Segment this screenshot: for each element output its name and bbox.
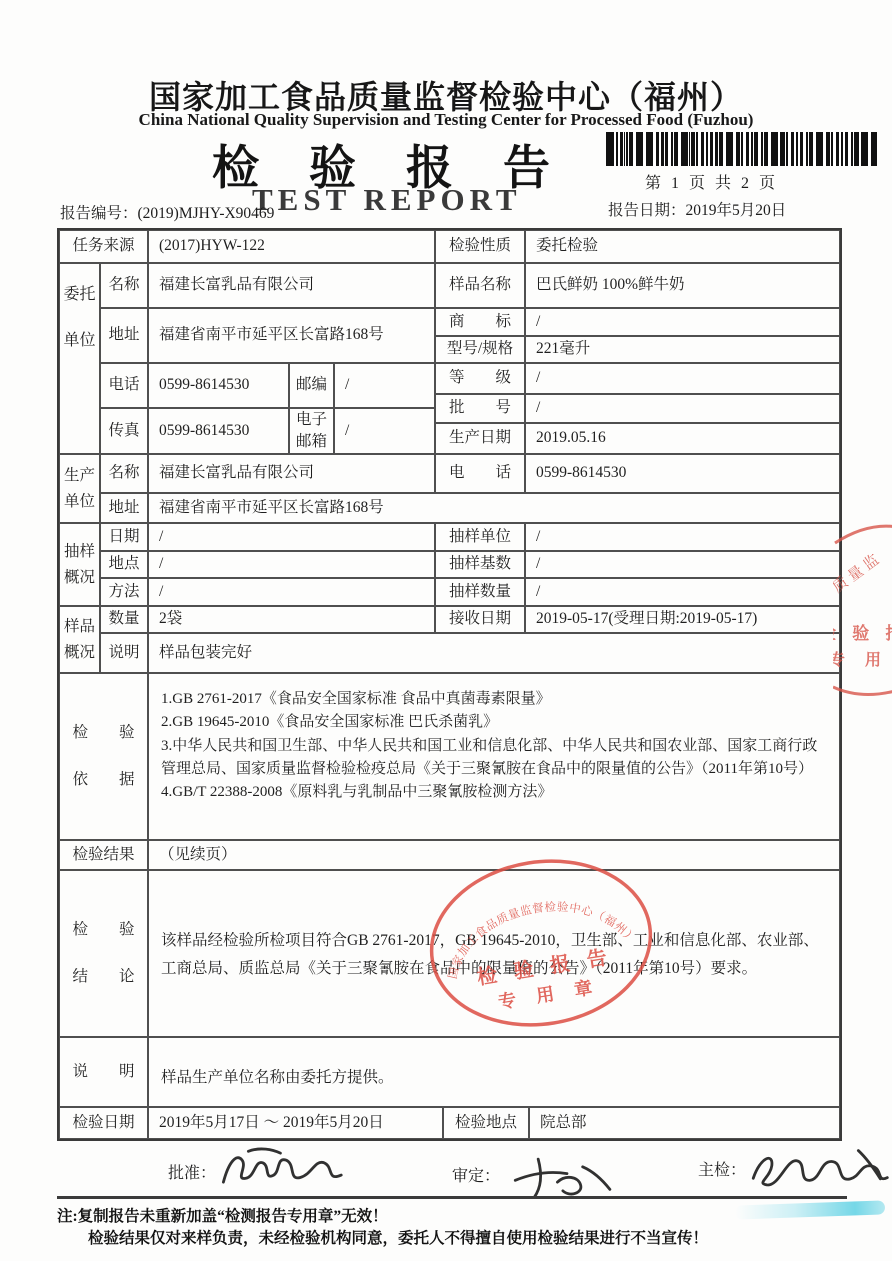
received-date-label: 接收日期 (435, 606, 525, 633)
report-title-en: TEST REPORT (252, 182, 522, 218)
basis-item: 3.中华人民共和国卫生部、中华人民共和国工业和信息化部、中华人民共和国农业部、国… (161, 735, 825, 782)
producer-address-label: 地址 (100, 493, 148, 523)
scan-smudge-artifact (735, 1200, 885, 1219)
sampling-group-label: 抽样概况 (59, 523, 100, 606)
basis-label-line1: 检 验 (72, 723, 134, 743)
sampling-method-value: / (148, 578, 435, 606)
test-date-value: 2019年5月17日 ～ 2019年5月20日 (148, 1107, 443, 1139)
basis-item: 1.GB 2761-2017《食品安全国家标准 食品中真菌毒素限量》 (161, 688, 825, 711)
client-email-label: 电子邮箱 (289, 408, 334, 454)
sampling-method-label: 方法 (100, 578, 148, 606)
producer-name-value: 福建长富乳品有限公司 (148, 454, 435, 493)
sample-overview-group-label-text: 样品概况 (63, 614, 97, 666)
sampling-qty-value: / (525, 578, 840, 606)
basis-item: 2.GB 19645-2010《食品安全国家标准 巴氏杀菌乳》 (161, 711, 825, 734)
page-indicator: 第 1 页 共 2 页 (645, 170, 778, 193)
sampling-place-value: / (148, 551, 435, 578)
sample-name-label: 样品名称 (435, 263, 525, 308)
test-place-label: 检验地点 (443, 1107, 529, 1139)
sampling-org-value: / (525, 523, 840, 551)
sampling-base-label: 抽样基数 (435, 551, 525, 578)
sample-brand-label: 商 标 (435, 308, 525, 336)
client-phone-label: 电话 (100, 363, 148, 408)
sample-overview-group-label: 样品概况 (59, 606, 100, 673)
chief-label: 主检： (698, 1157, 746, 1180)
edge-stamp-line2-fragment: 专 用 章 (833, 650, 892, 669)
test-nature-label: 检验性质 (435, 230, 525, 263)
footer-note-2: 检验结果仅对来样负责，未经检验机构同意，委托人不得擅自使用检验结果进行不当宣传！ (88, 1226, 708, 1248)
producer-group-label: 生产单位 (59, 454, 100, 523)
basis-item: 4.GB/T 22388-2008《原料乳与乳制品中三聚氰胺检测方法》 (161, 781, 825, 804)
sample-model-label: 型号/规格 (435, 336, 525, 363)
edge-seal-stamp: 质量监 检 验 报 告 专 用 章 (833, 505, 892, 720)
client-phone-value: 0599-8614530 (148, 363, 289, 408)
sample-qty-label: 数量 (100, 606, 148, 633)
review-label: 审定： (452, 1163, 500, 1186)
basis-label: 检 验 依 据 (59, 673, 148, 840)
approve-signature (214, 1140, 356, 1200)
sample-note-label: 说明 (100, 633, 148, 673)
basis-label-line2: 依 据 (72, 770, 134, 790)
sample-qty-value: 2袋 (148, 606, 435, 633)
producer-phone-value: 0599-8614530 (525, 454, 840, 493)
chief-signature (742, 1137, 892, 1202)
sample-model-value: 221毫升 (525, 336, 840, 363)
task-source-label: 任务来源 (59, 230, 148, 263)
client-address-value: 福建省南平市延平区长富路168号 (148, 308, 435, 363)
conclusion-label-line2: 结 论 (72, 967, 134, 987)
official-seal-stamp: 国家加工食品质量监督检验中心（福州） 检 验 报 告 专 用 章 (423, 852, 659, 1034)
client-fax-label: 传真 (100, 408, 148, 454)
sampling-group-label-text: 抽样概况 (63, 539, 97, 591)
sample-batch-label: 批 号 (435, 394, 525, 423)
center-name-en: China National Quality Supervision and T… (0, 110, 892, 130)
sampling-date-label: 日期 (100, 523, 148, 551)
sampling-base-value: / (525, 551, 840, 578)
test-nature-value: 委托检验 (525, 230, 840, 263)
sample-batch-value: / (525, 394, 840, 423)
client-zip-value: / (334, 363, 435, 408)
production-date-label: 生产日期 (435, 423, 525, 454)
test-report-page: 国家加工食品质量监督检验中心（福州） China National Qualit… (0, 0, 892, 1261)
sample-note-value: 样品包装完好 (148, 633, 840, 673)
report-date-value: 2019年5月20日 (686, 202, 787, 219)
edge-stamp-arc-fragment: 质量监 (833, 549, 885, 596)
sampling-qty-label: 抽样数量 (435, 578, 525, 606)
remark-label: 说 明 (59, 1037, 148, 1107)
remark-value: 样品生产单位名称由委托方提供。 (148, 1037, 840, 1107)
footer-note-1: 注:复制报告未重新加盖“检测报告专用章”无效！ (57, 1204, 388, 1226)
producer-group-label-text: 生产单位 (63, 463, 97, 515)
report-date-label: 报告日期： (608, 202, 686, 219)
client-zip-label: 邮编 (289, 363, 334, 408)
client-name-value: 福建长富乳品有限公司 (148, 263, 435, 308)
basis-items: 1.GB 2761-2017《食品安全国家标准 食品中真菌毒素限量》 2.GB … (148, 673, 840, 840)
sample-grade-label: 等 级 (435, 363, 525, 394)
report-date: 报告日期：2019年5月20日 (608, 198, 786, 220)
report-number: 报告编号：(2019)MJHY-X90469 (60, 201, 274, 223)
client-address-label: 地址 (100, 308, 148, 363)
received-date-value: 2019-05-17(受理日期:2019-05-17) (525, 606, 840, 633)
conclusion-label: 检 验 结 论 (59, 870, 148, 1037)
sampling-org-label: 抽样单位 (435, 523, 525, 551)
test-date-label: 检验日期 (59, 1107, 148, 1139)
producer-phone-label: 电 话 (435, 454, 525, 493)
approve-label: 批准： (168, 1160, 216, 1183)
conclusion-label-line1: 检 验 (72, 920, 134, 940)
sampling-place-label: 地点 (100, 551, 148, 578)
producer-address-value: 福建省南平市延平区长富路168号 (148, 493, 840, 523)
report-number-label: 报告编号： (60, 205, 138, 222)
task-source-value: (2017)HYW-122 (148, 230, 435, 263)
footer-divider (57, 1196, 847, 1199)
client-group-label: 委托单位 (59, 263, 100, 454)
test-place-value: 院总部 (529, 1107, 840, 1139)
sample-brand-value: / (525, 308, 840, 336)
sample-name-value: 巴氏鲜奶 100%鲜牛奶 (525, 263, 840, 308)
edge-stamp-line1-fragment: 检 验 报 告 (833, 623, 892, 643)
client-name-label: 名称 (100, 263, 148, 308)
producer-name-label: 名称 (100, 454, 148, 493)
production-date-value: 2019.05.16 (525, 423, 840, 454)
sample-grade-value: / (525, 363, 840, 394)
barcode-image (606, 132, 877, 166)
report-number-value: (2019)MJHY-X90469 (138, 205, 275, 222)
sampling-date-value: / (148, 523, 435, 551)
client-email-value: / (334, 408, 435, 454)
result-label: 检验结果 (59, 840, 148, 870)
review-signature (504, 1145, 617, 1203)
client-fax-value: 0599-8614530 (148, 408, 289, 454)
